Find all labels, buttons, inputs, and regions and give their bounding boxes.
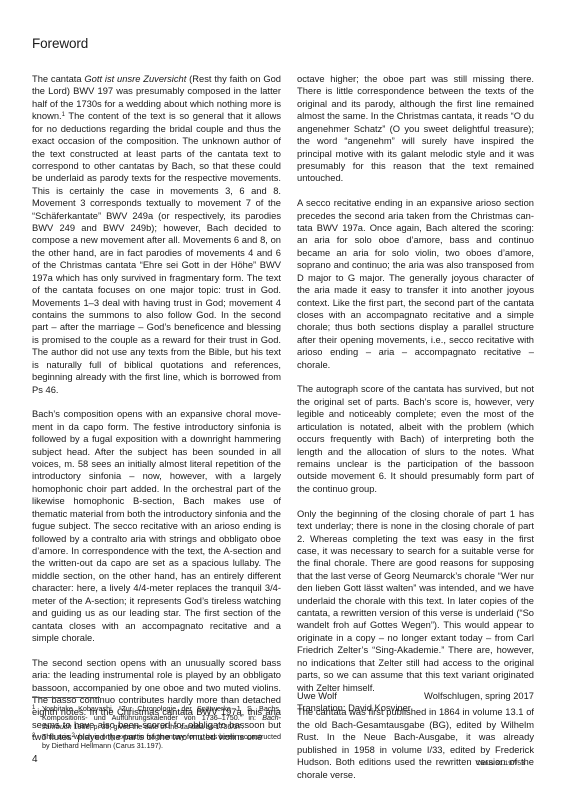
footnotes: 1 Yoshitake Kobayashi, “Zur Chronologie … bbox=[32, 697, 281, 750]
footnote-divider bbox=[32, 697, 100, 698]
paragraph: Bach’s composition opens with an expansi… bbox=[32, 408, 281, 644]
signature-block: Uwe Wolf Wolfschlugen, spring 2017 Trans… bbox=[297, 690, 534, 715]
author-name: Uwe Wolf bbox=[297, 690, 337, 702]
page-number: 4 bbox=[32, 754, 38, 765]
footnote-2: 2 This aria, which is only extant in fra… bbox=[32, 732, 281, 750]
cantata-title: Gott ist unsre Zuversicht bbox=[84, 74, 186, 84]
translator: Translation: David Kosviner bbox=[297, 702, 534, 714]
paragraph: The autograph score of the cantata has s… bbox=[297, 383, 534, 495]
footnote-text: Yoshitake Kobayashi, “Zur Chronologie de… bbox=[42, 704, 281, 732]
text: The cantata bbox=[32, 74, 84, 84]
paragraph: octave higher; the oboe part was still m… bbox=[297, 73, 534, 185]
page-title: Foreword bbox=[32, 36, 88, 51]
footnote-number: 2 bbox=[32, 732, 42, 750]
right-column: octave higher; the oboe part was still m… bbox=[297, 73, 534, 781]
text: Yoshitake Kobayashi, “Zur Chronologie de… bbox=[42, 704, 281, 722]
paragraph: The cantata Gott ist unsre Zuversicht (R… bbox=[32, 73, 281, 396]
left-column: The cantata Gott ist unsre Zuversicht (R… bbox=[32, 73, 281, 744]
footnote-1: 1 Yoshitake Kobayashi, “Zur Chronologie … bbox=[32, 704, 281, 732]
footnote-text: This aria, which is only extant in fragm… bbox=[42, 732, 281, 750]
paragraph: A secco recitative ending in an expansiv… bbox=[297, 197, 534, 371]
catalog-number: Carus 31.197/53 bbox=[476, 760, 525, 767]
text: 1988, p. 39, gives the date of the canta… bbox=[72, 722, 244, 731]
paragraph: The cantata was first published in 1864 … bbox=[297, 706, 534, 781]
footnote-number: 1 bbox=[32, 704, 42, 732]
text: The content of the text is so general th… bbox=[32, 111, 281, 394]
place-date: Wolfschlugen, spring 2017 bbox=[424, 690, 534, 702]
paragraph: Only the beginning of the closing choral… bbox=[297, 508, 534, 694]
